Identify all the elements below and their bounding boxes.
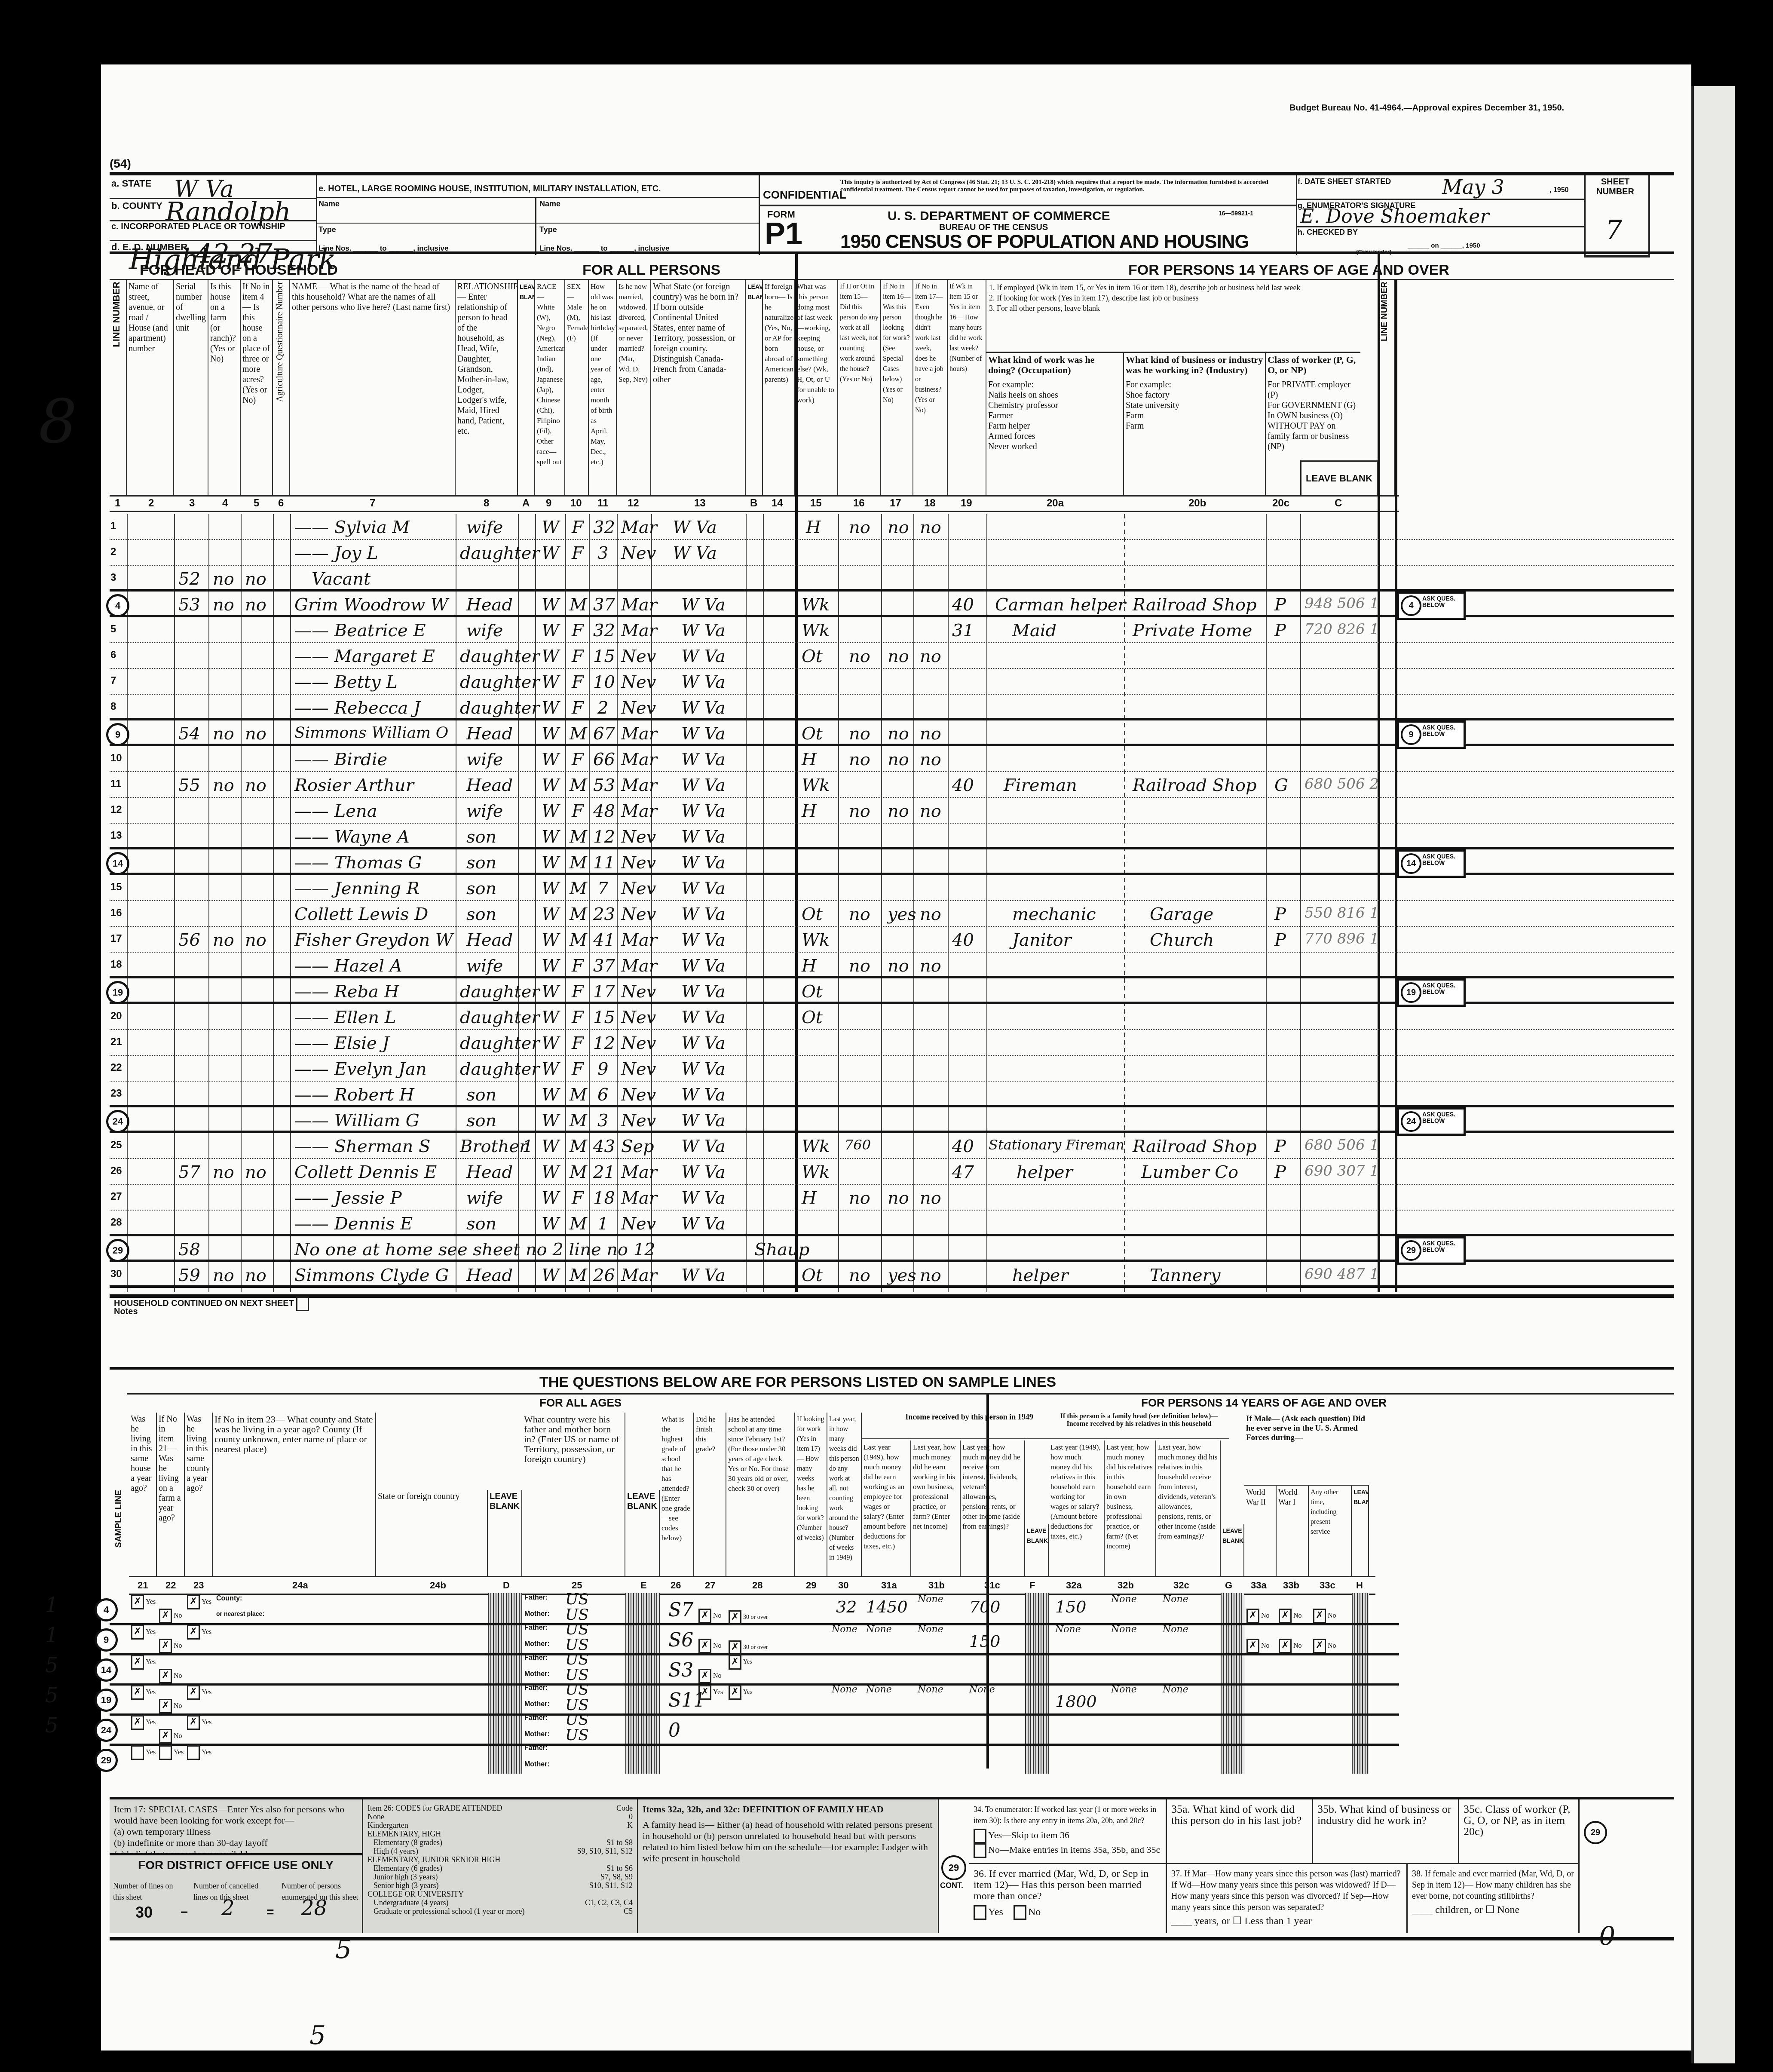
cancelled-lines: 2 [221, 1903, 235, 1914]
form-code-small: 16—59921-1 [1219, 210, 1253, 217]
table-row: 22 —— Evelyn Jan daughter W F 9 Nev W Va [110, 1056, 1674, 1082]
household-continued-checkbox[interactable]: HOUSEHOLD CONTINUED ON NEXT SHEET [114, 1297, 311, 1311]
instructions-footer: Item 17: SPECIAL CASES—Enter Yes also fo… [110, 1797, 1674, 1940]
q22-checkbox[interactable]: ✗No [159, 1729, 182, 1744]
table-row-sample: 24 —— William G son W M 3 Nev W Va 24ASK… [110, 1107, 1674, 1133]
table-row-sample: 19 —— Reba H daughter W F 17 Nev W Va Ot… [110, 978, 1674, 1004]
sheet-number: 7 [1605, 214, 1622, 245]
sample-header-31b: Last year, how much money did he earn wo… [911, 1441, 961, 1576]
q33c-checkbox[interactable]: ✗No [1313, 1639, 1336, 1653]
sample-section: THE QUESTIONS BELOW ARE FOR PERSONS LIST… [110, 1367, 1674, 1778]
colnum-20a: 20a [1047, 497, 1064, 509]
sample-header-31c: Last year, how much money did he receive… [961, 1441, 1025, 1576]
sheet-edge [1691, 86, 1735, 2063]
col-header-a: LEAVE BLANK [518, 280, 535, 495]
q22-checkbox[interactable]: ✗No [159, 1639, 182, 1653]
colnum-18: 18 [924, 497, 936, 509]
ask-ques-below-box: 24ASK QUES. BELOW [1397, 1107, 1466, 1136]
colnum-17: 17 [890, 497, 901, 509]
q35c-box: 35c. Class of worker (P, G, O, or NP, as… [1459, 1799, 1580, 1864]
sample-header-33c: Any other time, including present servic… [1309, 1486, 1352, 1576]
sample-row: 1 9 ✗Yes ✗No ✗Yes Father: Mother: US US … [110, 1623, 1399, 1655]
sample-header-22: If No in item 21— Was he living on a far… [157, 1413, 185, 1576]
q21-checkbox[interactable]: ✗Yes [131, 1715, 156, 1730]
q23-checkbox[interactable]: ✗Yes [187, 1625, 211, 1640]
date-label: f. DATE SHEET STARTED [1298, 177, 1391, 186]
sample-column-numbers: 21 22 23 24a 24b D 25 E 26 27 28 29 30 3… [129, 1576, 1375, 1595]
colnum-2: 2 [148, 497, 154, 509]
q21-checkbox[interactable]: ✗Yes [131, 1625, 156, 1640]
checked-date: ______ on ______, 1950 [1408, 242, 1480, 249]
sample-header-31a: Last year (1949), how much money did he … [862, 1441, 911, 1576]
table-row: 5 —— Beatrice E wife W F 32 Mar W Va Wk … [110, 617, 1674, 643]
q27-checkbox[interactable]: ✗No [698, 1639, 722, 1653]
table-row: 21 —— Elsie J daughter W F 12 Nev W Va [110, 1030, 1674, 1056]
colnum-20b: 20b [1188, 497, 1206, 509]
q23-checkbox[interactable]: ✗Yes [187, 1715, 211, 1730]
q22-checkbox[interactable]: ✗No [159, 1669, 182, 1683]
colnum-7: 7 [370, 497, 375, 509]
col-header-line-number-right: LINE NUMBER [1378, 280, 1395, 495]
col-header-19: If Wk in item 15 or Yes in item 16— How … [948, 280, 986, 495]
hotel-type-label-2: Type [539, 225, 557, 234]
form-number: P1 [765, 218, 802, 249]
table-row: 7 —— Betty L daughter W F 10 Nev W Va [110, 669, 1674, 695]
confidential-label: CONFIDENTIAL [763, 188, 846, 202]
hotel-block: e. HOTEL, LARGE ROOMING HOUSE, INSTITUTI… [316, 175, 760, 255]
col-header-16: If H or Ot in item 15— Did this person d… [838, 280, 881, 495]
col-header-20b: What kind of business or industry was he… [1124, 353, 1266, 495]
col-header-13: What State (or foreign country) was he b… [651, 280, 746, 495]
colnum-6: 6 [278, 497, 284, 509]
section-persons-14: FOR PERSONS 14 YEARS OF AGE AND OVER [1128, 262, 1449, 279]
table-row-sample: 4 53 no no Grim Woodrow W Head W M 37 Ma… [110, 592, 1674, 617]
table-row: 30 59 no no Simmons Clyde G Head W M 26 … [110, 1262, 1674, 1288]
col-header-8: RELATIONSHIP — Enter relationship of per… [456, 280, 518, 495]
colnum-c: C [1335, 497, 1342, 509]
q21-checkbox[interactable]: ✗Yes [131, 1595, 156, 1609]
lines-on-sheet: 30 [135, 1907, 153, 1918]
sample-persons-14: FOR PERSONS 14 YEARS OF AGE AND OVER [1141, 1396, 1387, 1410]
q36-no-checkbox[interactable]: No [1014, 1906, 1041, 1918]
colnum-20c: 20c [1272, 497, 1289, 509]
colnum-15: 15 [810, 497, 822, 509]
table-row: 12 —— Lena wife W F 48 Mar W Va H no no … [110, 798, 1674, 824]
enumerator-signature: E. Dove Shoemaker [1300, 205, 1489, 227]
sample-all-ages: FOR ALL AGES [539, 1396, 622, 1410]
sample-header-32b: Last year, how much money did his relati… [1105, 1441, 1156, 1576]
income-group-label: Income received by this person in 1949 [862, 1413, 1077, 1439]
col-header-7: NAME — What is the name of the head of t… [290, 280, 456, 495]
sample-header-g: LEAVE BLANK [1221, 1524, 1244, 1576]
q27-checkbox[interactable]: ✗Yes [698, 1685, 723, 1700]
colnum-28: 28 [752, 1580, 762, 1591]
colnum-19: 19 [961, 497, 972, 509]
place-label: c. INCORPORATED PLACE OR TOWNSHIP [111, 222, 285, 232]
col-header-17: If No in item 16— Was this person lookin… [881, 280, 913, 495]
q22-checkbox[interactable]: Yes [159, 1745, 184, 1760]
sample-row: 1 4 ✗Yes ✗No ✗Yes County: or nearest pla… [110, 1593, 1399, 1625]
form-header: a. STATE W Va b. COUNTY Randolph c. INCO… [110, 172, 1674, 255]
sample-header-24b: State or foreign country [376, 1490, 488, 1576]
q33a-checkbox[interactable]: ✗No [1246, 1639, 1270, 1653]
line-29-circle: 29 [1584, 1821, 1607, 1844]
q21-checkbox[interactable]: ✗Yes [131, 1655, 156, 1670]
q23-checkbox[interactable]: ✗Yes [187, 1595, 211, 1609]
colnum-16: 16 [853, 497, 865, 509]
occupation-instructions: 1. If employed (Wk in item 15, or Yes in… [986, 280, 1360, 353]
col-header-14: If foreign born— Is he naturalized? (Yes… [763, 280, 795, 495]
name-cell: —— Sylvia M [294, 518, 410, 537]
colnum-9: 9 [546, 497, 551, 509]
sample-header-28: Has he attended school at any time since… [726, 1413, 795, 1576]
q27-checkbox[interactable]: ✗No [698, 1609, 722, 1623]
table-row: 28 —— Dennis E son W M 1 Nev W Va [110, 1211, 1674, 1236]
department: U. S. DEPARTMENT OF COMMERCE [888, 209, 1110, 224]
col-header-c: LEAVE BLANK [1300, 460, 1378, 495]
colnum-11: 11 [597, 497, 608, 509]
table-row: 10 —— Birdie wife W F 66 Mar W Va H no n… [110, 746, 1674, 772]
col-header-15: What was this person doing most of last … [795, 280, 838, 495]
sample-row: 5 24 ✗Yes ✗No ✗Yes Father: Mother: US US… [110, 1713, 1399, 1746]
sample-header-25: What country were his father and mother … [522, 1413, 625, 1576]
q27-checkbox[interactable]: ✗No [698, 1669, 722, 1683]
col-header-4: Is this house on a farm (or ranch)? (Yes… [208, 280, 241, 495]
q33c-checkbox[interactable]: ✗No [1313, 1609, 1336, 1623]
ask-ques-below-box: 29ASK QUES. BELOW [1397, 1236, 1466, 1265]
sample-line-label: SAMPLE LINE [114, 1490, 124, 1548]
col-header-6: Agriculture Questionnaire Number [273, 280, 290, 495]
q23-checkbox[interactable]: ✗Yes [187, 1685, 211, 1700]
bottom-mark-1: 5 [335, 1934, 352, 1965]
ask-ques-below-box: 9ASK QUES. BELOW [1397, 720, 1466, 749]
population-table: FOR HEAD OF HOUSEHOLD FOR ALL PERSONS FO… [110, 251, 1674, 1298]
q21-checkbox[interactable]: ✗Yes [131, 1685, 156, 1700]
county-label: b. COUNTY [111, 200, 162, 211]
table-row: 27 —— Jessie P wife W F 18 Mar W Va H no… [110, 1185, 1674, 1211]
sample-section-title: THE QUESTIONS BELOW ARE FOR PERSONS LIST… [539, 1374, 1056, 1391]
bottom-mark-2: 5 [309, 2020, 326, 2051]
budget-note: Budget Bureau No. 41-4964.—Approval expi… [1289, 103, 1743, 113]
col-header-11: How old was he on his last birthday? (If… [589, 280, 617, 495]
sample-row: 29 Yes Yes Yes Father: Mother: [110, 1744, 1399, 1774]
table-row-sample: 29 58 No one at home see sheet no 2 line… [110, 1236, 1674, 1262]
q33b-checkbox[interactable]: ✗No [1279, 1639, 1302, 1653]
colnum-8: 8 [484, 497, 489, 509]
sample-header-30: Last year, in how many weeks did this pe… [827, 1413, 862, 1576]
sheet-label: SHEET NUMBER [1587, 177, 1643, 197]
family-income-label: If this person is a family head (see def… [1049, 1413, 1229, 1439]
sample-header-29: If looking for work (Yes in item 17)— Ho… [795, 1413, 827, 1576]
q34-yes-checkbox[interactable]: Yes—Skip to item 36 [974, 1829, 1161, 1843]
q23-checkbox[interactable]: Yes [187, 1745, 211, 1760]
confidential-text: This inquiry is authorized by Act of Con… [840, 179, 1270, 193]
table-row: 16 Collett Lewis D son W M 23 Nev W Va O… [110, 901, 1674, 927]
cont-label: CONT. [940, 1881, 963, 1890]
cont-circle: 29 [941, 1855, 966, 1880]
colnum-14: 14 [772, 497, 783, 509]
col-header-3: Serial number of dwelling unit [174, 280, 208, 495]
sample-row: 5 14 ✗Yes ✗No Father: Mother: US US S3 ✗… [110, 1653, 1399, 1686]
table-row: 6 —— Margaret E daughter W F 15 Nev W Va… [110, 643, 1674, 669]
form-code: (54) [110, 157, 131, 171]
colnum-a: A [522, 497, 530, 509]
sheet-number-block: SHEET NUMBER 7 [1584, 175, 1650, 257]
q28-checkbox[interactable]: ✗Yes [729, 1655, 752, 1670]
col-header-2: Name of street, avenue, or road / House … [127, 280, 174, 495]
q37-box: 37. If Mar—How many years since this per… [1167, 1864, 1408, 1933]
sample-row: 5 19 ✗Yes ✗No ✗Yes Father: Mother: US US… [110, 1683, 1399, 1716]
hotel-name-label-1: Name [318, 199, 340, 208]
persons-enumerated: 28 [301, 1903, 327, 1914]
table-row: 11 55 no no Rosier Arthur Head W M 53 Ma… [110, 772, 1674, 798]
hotel-type-label-1: Type [318, 225, 336, 234]
hotel-label: e. HOTEL, LARGE ROOMING HOUSE, INSTITUTI… [318, 184, 661, 194]
q34-box: 34. To enumerator: If worked last year (… [969, 1799, 1167, 1864]
section-all-persons: FOR ALL PERSONS [582, 262, 720, 279]
col-header-b: LEAVE BLANK [746, 280, 763, 495]
sample-header-24a: If No in item 23— What county and State … [213, 1413, 376, 1576]
col-header-18: If No in item 17— Even though he didn't … [913, 280, 948, 495]
table-row: 18 —— Hazel A wife W F 37 Mar W Va H no … [110, 953, 1674, 978]
table-row: 20 —— Ellen L daughter W F 15 Nev W Va O… [110, 1004, 1674, 1030]
sample-header-32a: Last year (1949), how much money did his… [1049, 1441, 1105, 1576]
col-header-10: SEX — Male (M), Female (F) [565, 280, 589, 495]
colnum-3: 3 [189, 497, 195, 509]
military-label: If Male— (Ask each question) Did he ever… [1244, 1413, 1369, 1486]
q28-checkbox[interactable]: ✗30 or over [729, 1640, 768, 1655]
sample-header-h: LEAVE BLANK [1352, 1486, 1369, 1576]
sample-header-27: Did he finish this grade? [694, 1413, 726, 1576]
colnum-13: 13 [694, 497, 706, 509]
right-mark: 0 [1599, 1922, 1615, 1952]
margin-mark: 8 [39, 387, 77, 457]
ask-ques-below-box: 14ASK QUES. BELOW [1397, 849, 1466, 878]
notes-label: Notes [114, 1307, 138, 1317]
table-row: 15 —— Jenning R son W M 7 Nev W Va [110, 875, 1674, 901]
sample-header-21: Was he living in this same house a year … [129, 1413, 157, 1576]
sample-header-d: LEAVE BLANK [488, 1490, 522, 1576]
col-header-5: If No in item 4— Is this house on a plac… [241, 280, 273, 495]
table-row: 13 —— Wayne A son W M 12 Nev W Va [110, 824, 1674, 849]
table-row-sample: 14 —— Thomas G son W M 11 Nev W Va 14ASK… [110, 849, 1674, 875]
ask-ques-below-box: 19ASK QUES. BELOW [1397, 978, 1466, 1007]
sample-header-33b: World War I [1277, 1486, 1309, 1576]
checked-label: h. CHECKED BY [1298, 228, 1358, 237]
q35b-box: 35b. What kind of business or industry d… [1313, 1799, 1459, 1864]
col-header-1: LINE NUMBER [110, 280, 127, 495]
q36-box: 36. If ever married (Mar, Wd, D, or Sep … [969, 1864, 1167, 1933]
table-row: 26 57 no no Collett Dennis E Head W M 21… [110, 1159, 1674, 1185]
col-header-12: Is he now married, widowed, divorced, se… [617, 280, 651, 495]
q33b-checkbox[interactable]: ✗No [1279, 1609, 1302, 1623]
family-head-box: Items 32a, 32b, and 32c: DEFINITION OF F… [638, 1799, 939, 1933]
title-block: CONFIDENTIAL This inquiry is authorized … [759, 175, 1297, 255]
colnum-5: 5 [254, 497, 259, 509]
colnum-10: 10 [570, 497, 582, 509]
sample-header-32c: Last year, how much money did his relati… [1156, 1441, 1221, 1576]
sample-header-e: LEAVE BLANK [625, 1490, 660, 1576]
place-value: Highland Park [129, 243, 336, 276]
relationship-cell: wife [466, 518, 503, 537]
table-row: 23 —— Robert H son W M 6 Nev W Va [110, 1082, 1674, 1107]
sample-header-26: What is the highest grade of school that… [660, 1413, 694, 1576]
q36-yes-checkbox[interactable]: Yes [974, 1906, 1003, 1918]
enumerator-block: f. DATE SHEET STARTED May 3 , 1950 g. EN… [1296, 175, 1586, 255]
colnum-1: 1 [115, 497, 120, 509]
date-value: May 3 [1442, 175, 1504, 199]
colnum-12: 12 [628, 497, 639, 509]
ask-ques-below-box: 4ASK QUES. BELOW [1397, 592, 1466, 620]
col-header-20a: What kind of work was he doing? (Occupat… [986, 353, 1124, 495]
q21-checkbox[interactable]: Yes [131, 1745, 156, 1760]
special-cases-box: Item 17: SPECIAL CASES—Enter Yes also fo… [110, 1799, 363, 1855]
q34-no-checkbox[interactable]: No—Make entries in items 35a, 35b, and 3… [974, 1843, 1161, 1858]
table-row-sample: 9 54 no no Simmons William O Head W M 67… [110, 720, 1674, 746]
sample-header-f: LEAVE BLANK [1025, 1524, 1049, 1576]
q38-box: 38. If female and ever married (Mar, Wd,… [1408, 1864, 1580, 1933]
sample-header-23: Was he living in this same county a year… [185, 1413, 213, 1576]
form-title: 1950 CENSUS OF POPULATION AND HOUSING [840, 231, 1249, 253]
state-label: a. STATE [111, 178, 151, 189]
table-row: 17 56 no no Fisher Greydon W Head W M 41… [110, 927, 1674, 953]
q35a-box: 35a. What kind of work did this person d… [1167, 1799, 1313, 1864]
table-row: 25 —— Sherman S Brother 1 W M 43 Sep W V… [110, 1133, 1674, 1159]
table-row: 1 —— Sylvia M wife W F 32 Mar W Va H no … [110, 514, 1674, 540]
district-office-box: FOR DISTRICT OFFICE USE ONLY Number of l… [110, 1855, 363, 1933]
colnum-b: B [750, 497, 757, 509]
q22-checkbox[interactable]: ✗No [159, 1699, 182, 1713]
hotel-name-label-2: Name [539, 199, 560, 208]
q28-checkbox[interactable]: ✗Yes [729, 1685, 752, 1700]
table-row: 8 —— Rebecca J daughter W F 2 Nev W Va [110, 695, 1674, 720]
q22-checkbox[interactable]: ✗No [159, 1609, 182, 1623]
sample-header-33a: World War II [1244, 1486, 1277, 1576]
q33a-checkbox[interactable]: ✗No [1246, 1609, 1270, 1623]
table-row: 2 —— Joy L daughter W F 3 Nev W Va [110, 540, 1674, 566]
table-row: 3 52 no no Vacant [110, 566, 1674, 592]
grade-codes-box: Item 26: CODES for GRADE ATTENDEDCode No… [363, 1799, 638, 1933]
colnum-4: 4 [222, 497, 228, 509]
date-year: , 1950 [1549, 187, 1568, 194]
q28-checkbox[interactable]: ✗30 or over [729, 1610, 768, 1625]
col-header-9: RACE — White (W), Negro (Neg), American … [535, 280, 565, 495]
